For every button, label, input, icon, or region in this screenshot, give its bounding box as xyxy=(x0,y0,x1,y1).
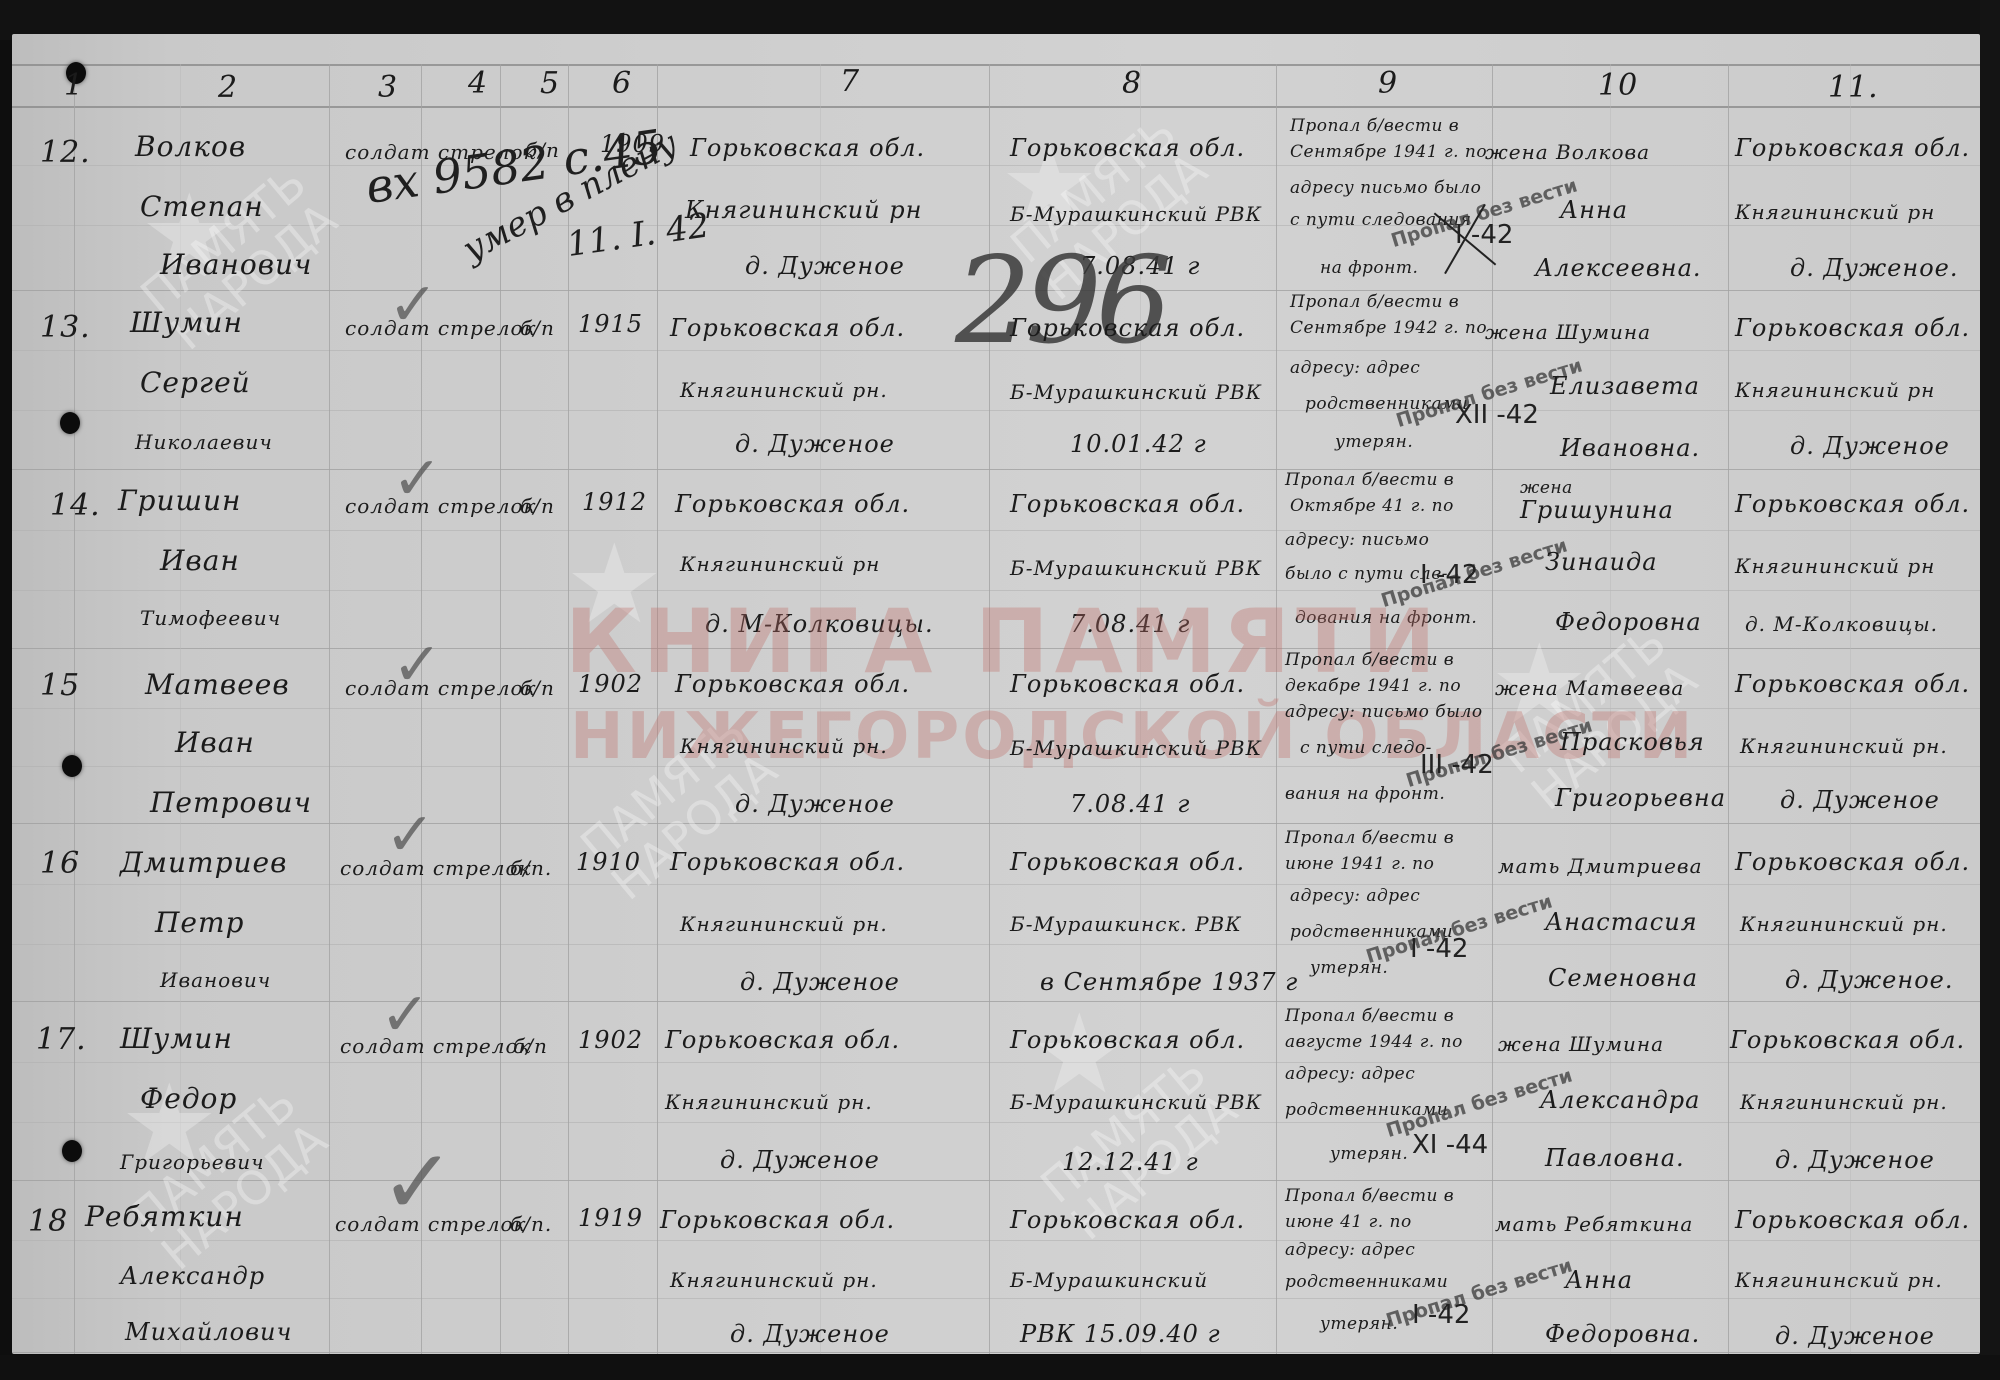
fate-line: утерян. xyxy=(1330,1144,1408,1164)
column-header-4: 4 xyxy=(468,66,488,101)
birth-year: 1902 xyxy=(578,670,643,698)
address-line: Княгининский рн. xyxy=(1735,1268,1943,1292)
address-line: д. Дуженое xyxy=(1775,1146,1935,1174)
fate-line: адресу: письмо xyxy=(1285,530,1429,550)
conscription-line: Б-Мурашкинск. РВК xyxy=(1010,912,1242,936)
address-line: Княгининский рн xyxy=(1735,378,1935,402)
relative-line: Федоровна. xyxy=(1545,1320,1700,1348)
conscription-line: Б-Мурашкинский РВК xyxy=(1010,202,1262,226)
fate-line: адресу: адрес xyxy=(1290,358,1420,378)
sheet-number: 296 xyxy=(955,232,1166,371)
relative-line: Федоровна xyxy=(1555,608,1702,636)
birth-year: 1912 xyxy=(582,488,647,516)
punch-hole xyxy=(62,755,82,777)
party-status: б/п xyxy=(520,494,555,518)
surname: Матвеев xyxy=(145,668,290,701)
relative-line: Григорьевна xyxy=(1555,784,1726,812)
fate-line: Пропал б/вести в xyxy=(1285,470,1454,490)
address-line: д. Дуженое xyxy=(1780,786,1940,814)
relative-line: жена Волкова xyxy=(1485,140,1650,164)
conscription-line: Горьковская обл. xyxy=(1010,670,1245,698)
grid-line xyxy=(12,1240,1980,1241)
surname: Шумин xyxy=(130,306,243,339)
relative-line: Алексеевна. xyxy=(1535,254,1702,282)
relative-line: Зинаида xyxy=(1545,548,1658,576)
check-mark-icon: ✓ xyxy=(392,630,442,700)
grid-line xyxy=(12,410,1980,411)
relative-line: Ивановна. xyxy=(1560,434,1700,462)
address-line: Горьковская обл. xyxy=(1735,670,1970,698)
header-top-rule xyxy=(12,64,1980,66)
rank: солдат стрелок xyxy=(345,316,536,340)
row-divider xyxy=(12,1180,1980,1181)
surname: Волков xyxy=(135,130,246,163)
conscription-line: Б-Мурашкинский РВК xyxy=(1010,556,1262,580)
rank: солдат стрелок xyxy=(340,1034,531,1058)
fate-line: адресу: письмо было xyxy=(1285,702,1483,722)
birthplace-line: Княгининский рн xyxy=(680,552,880,576)
rank: солдат стрелок xyxy=(340,856,531,880)
birthplace-line: д. Дуженое xyxy=(735,430,895,458)
column-divider xyxy=(500,64,501,1354)
fate-line: адресу письмо было xyxy=(1290,178,1481,198)
first-name: Степан xyxy=(140,190,264,223)
relative-line: мать Ребяткина xyxy=(1495,1212,1693,1236)
conscription-line: Горьковская обл. xyxy=(1010,1206,1245,1234)
conscription-line: Б-Мурашкинский РВК xyxy=(1010,1090,1262,1114)
first-name: Федор xyxy=(140,1082,237,1115)
column-divider xyxy=(329,64,330,1354)
stamp-date: I -42 xyxy=(1455,220,1513,250)
record-number: 15 xyxy=(40,668,80,703)
patronymic: Тимофеевич xyxy=(140,606,281,630)
birthplace-line: Княгининский рн. xyxy=(680,734,888,758)
conscription-line: 12.12.41 г xyxy=(1062,1148,1199,1176)
address-line: Княгининский рн xyxy=(1735,554,1935,578)
column-divider xyxy=(1728,64,1729,1354)
relative-line: Анна xyxy=(1560,196,1628,224)
relative-line: Александра xyxy=(1540,1086,1700,1114)
column-header-9: 9 xyxy=(1378,66,1398,101)
address-line: д. Дуженое. xyxy=(1785,966,1953,994)
conscription-line: Горьковская обл. xyxy=(1010,1026,1245,1054)
first-name: Сергей xyxy=(140,366,251,399)
column-header-3: 3 xyxy=(378,70,398,105)
relative-line: Анастасия xyxy=(1545,908,1698,936)
scan-bottom-border xyxy=(0,1355,2000,1380)
fate-line: Пропал б/вести в xyxy=(1285,828,1454,848)
birthplace-line: Горьковская обл. xyxy=(675,490,910,518)
address-line: Горьковская обл. xyxy=(1730,1026,1965,1054)
column-header-5: 5 xyxy=(540,66,560,101)
check-mark-icon: ✓ xyxy=(385,800,435,870)
fate-line: августе 1944 г. по xyxy=(1285,1032,1463,1052)
fate-line: с пути следо- xyxy=(1300,738,1432,758)
address-line: д. М-Колковицы. xyxy=(1745,612,1938,636)
column-header-10: 10 xyxy=(1598,68,1638,103)
party-status: б/п xyxy=(520,676,555,700)
conscription-line: Б-Мурашкинский xyxy=(1010,1268,1208,1292)
birthplace-line: Княгининский рн. xyxy=(680,912,888,936)
record-number: 17. xyxy=(36,1022,87,1057)
fate-line: родственниками xyxy=(1285,1272,1448,1292)
relative-line: жена Шумина xyxy=(1498,1032,1664,1056)
address-line: Княгининский рн. xyxy=(1740,912,1948,936)
check-mark-icon: ✓ xyxy=(388,270,438,340)
fate-line: Пропал б/вести в xyxy=(1285,1186,1454,1206)
first-name: Иван xyxy=(175,726,255,759)
grid-line xyxy=(12,884,1980,885)
birthplace-line: Горьковская обл. xyxy=(670,314,905,342)
party-status: б/п xyxy=(513,1034,548,1058)
relative-line: Анна xyxy=(1565,1266,1633,1294)
fate-line: Пропал б/вести в xyxy=(1285,650,1454,670)
conscription-line: в Сентябре 1937 г xyxy=(1040,968,1298,996)
birthplace-line: Горьковская обл. xyxy=(690,134,925,162)
stamp-date: I -42 xyxy=(1410,934,1468,964)
column-header-1: 1 xyxy=(64,68,84,103)
address-line: Княгининский рн. xyxy=(1740,734,1948,758)
column-header-2: 2 xyxy=(218,70,238,105)
birthplace-line: Княгининский рн. xyxy=(670,1268,878,1292)
first-name: Петр xyxy=(155,906,244,939)
column-header-8: 8 xyxy=(1122,66,1142,101)
birthplace-line: д. Дуженое xyxy=(745,252,905,280)
conscription-line: Горьковская обл. xyxy=(1010,490,1245,518)
conscription-line: Горьковская обл. xyxy=(1010,134,1245,162)
fate-line: утерян. xyxy=(1335,432,1413,452)
conscription-line: Горьковская обл. xyxy=(1010,848,1245,876)
relative-line: Павловна. xyxy=(1545,1144,1685,1172)
birthplace-line: д. Дуженое xyxy=(730,1320,890,1348)
address-line: д. Дуженое xyxy=(1775,1322,1935,1350)
conscription-line: 7.08.41 г xyxy=(1070,790,1190,818)
fate-line: июне 41 г. по xyxy=(1285,1212,1412,1232)
patronymic: Михайлович xyxy=(125,1318,292,1346)
birth-year: 1919 xyxy=(578,1204,643,1232)
scan-right-border xyxy=(1980,0,2000,1380)
check-mark-icon: ✓ xyxy=(380,1130,455,1235)
fate-line: на фронт. xyxy=(1320,258,1418,278)
record-number: 18 xyxy=(28,1204,68,1239)
address-line: д. Дуженое. xyxy=(1790,254,1958,282)
row-divider xyxy=(12,1001,1980,1002)
conscription-line: Горьковская обл. xyxy=(1010,314,1245,342)
stamp-date: I -42 xyxy=(1412,1300,1470,1330)
record-number: 12. xyxy=(40,135,91,170)
address-line: Горьковская обл. xyxy=(1735,314,1970,342)
patronymic: Иванович xyxy=(160,248,312,281)
address-line: Княгининский рн. xyxy=(1740,1090,1948,1114)
conscription-line: 10.01.42 г xyxy=(1070,430,1207,458)
address-line: д. Дуженое xyxy=(1790,432,1950,460)
fate-line: адресу: адрес xyxy=(1285,1064,1415,1084)
address-line: Горьковская обл. xyxy=(1735,1206,1970,1234)
birthplace-line: д. Дуженое xyxy=(720,1146,880,1174)
relative-line: жена Матвеева xyxy=(1495,676,1684,700)
surname: Шумин xyxy=(120,1022,233,1055)
record-number: 14. xyxy=(50,488,101,523)
record-number: 13. xyxy=(40,310,91,345)
stamp-date: III -42 xyxy=(1420,750,1494,780)
column-header-6: 6 xyxy=(612,66,632,101)
fate-line: июне 1941 г. по xyxy=(1285,854,1434,874)
stamp-date: XII -42 xyxy=(1455,400,1539,430)
party-status: б/п. xyxy=(510,1212,552,1236)
birthplace-line: Горьковская обл. xyxy=(660,1206,895,1234)
grid-line xyxy=(12,530,1980,531)
grid-line xyxy=(12,1062,1980,1063)
row-divider xyxy=(12,469,1980,470)
patronymic: Иванович xyxy=(160,968,271,992)
first-name: Иван xyxy=(160,544,240,577)
surname: Ребяткин xyxy=(85,1200,244,1233)
record-number: 16 xyxy=(40,846,80,881)
birthplace-line: Княгининский рн. xyxy=(680,378,888,402)
relative-line: Прасковья xyxy=(1560,728,1705,756)
relative-line: мать Дмитриева xyxy=(1498,854,1703,878)
party-status: б/п. xyxy=(510,856,552,880)
fate-line: адресу: адрес xyxy=(1290,886,1420,906)
conscription-line: Б-Мурашкинский РВК xyxy=(1010,736,1262,760)
relative-line: жена Шумина xyxy=(1485,320,1651,344)
stamp-date: I -42 xyxy=(1420,560,1478,590)
fate-line: Октябре 41 г. по xyxy=(1290,496,1454,516)
fate-line: Пропал б/вести в xyxy=(1285,1006,1454,1026)
relative-line: Гришунина xyxy=(1520,496,1674,524)
check-mark-icon: ✓ xyxy=(392,444,442,514)
fate-line: Пропал б/вести в xyxy=(1290,292,1459,312)
column-header-7: 7 xyxy=(840,64,860,99)
grid-line xyxy=(12,944,1980,945)
grid-line xyxy=(12,165,1980,166)
fate-line: Сентябре 1941 г. по xyxy=(1290,142,1487,162)
fate-line: декабре 1941 г. по xyxy=(1285,676,1461,696)
table-bottom-rule xyxy=(12,1352,1980,1353)
punch-hole xyxy=(60,412,80,434)
birth-year: 1915 xyxy=(578,310,643,338)
punch-hole xyxy=(62,1140,82,1162)
fate-line: Пропал б/вести в xyxy=(1290,116,1459,136)
header-bottom-rule xyxy=(12,106,1980,108)
birth-year: 1910 xyxy=(576,848,641,876)
relative-line: жена xyxy=(1520,478,1573,498)
fate-line: Сентябре 1942 г. по xyxy=(1290,318,1487,338)
row-divider xyxy=(12,823,1980,824)
conscription-line: РВК 15.09.40 г xyxy=(1020,1320,1221,1348)
birthplace-line: Княгининский рн. xyxy=(665,1090,873,1114)
birthplace-line: Горьковская обл. xyxy=(670,848,905,876)
patronymic: Петрович xyxy=(150,786,312,819)
surname: Гришин xyxy=(118,484,242,517)
birthplace-line: Горьковская обл. xyxy=(665,1026,900,1054)
patronymic: Григорьевич xyxy=(120,1150,265,1174)
fate-line: адресу: адрес xyxy=(1285,1240,1415,1260)
address-line: Горьковская обл. xyxy=(1735,848,1970,876)
grid-line xyxy=(12,1298,1980,1299)
column-header-11: 11. xyxy=(1828,70,1879,105)
birth-year: 1902 xyxy=(578,1026,643,1054)
birthplace-line: д. Дуженое xyxy=(735,790,895,818)
patronymic: Николаевич xyxy=(135,430,273,454)
stamp-date: XI -44 xyxy=(1412,1130,1488,1160)
relative-line: Елизавета xyxy=(1550,372,1700,400)
birthplace-line: Княгининский рн xyxy=(685,196,922,224)
conscription-line: Б-Мурашкинский РВК xyxy=(1010,380,1262,404)
birthplace-line: д. Дуженое xyxy=(740,968,900,996)
relative-line: Семеновна xyxy=(1548,964,1698,992)
address-line: Княгининский рн xyxy=(1735,200,1935,224)
birthplace-line: Горьковская обл. xyxy=(675,670,910,698)
address-line: Горьковская обл. xyxy=(1735,134,1970,162)
check-mark-icon: ✓ xyxy=(380,980,430,1050)
address-line: Горьковская обл. xyxy=(1735,490,1970,518)
first-name: Александр xyxy=(120,1262,265,1290)
party-status: б/п xyxy=(520,316,555,340)
surname: Дмитриев xyxy=(120,846,287,879)
